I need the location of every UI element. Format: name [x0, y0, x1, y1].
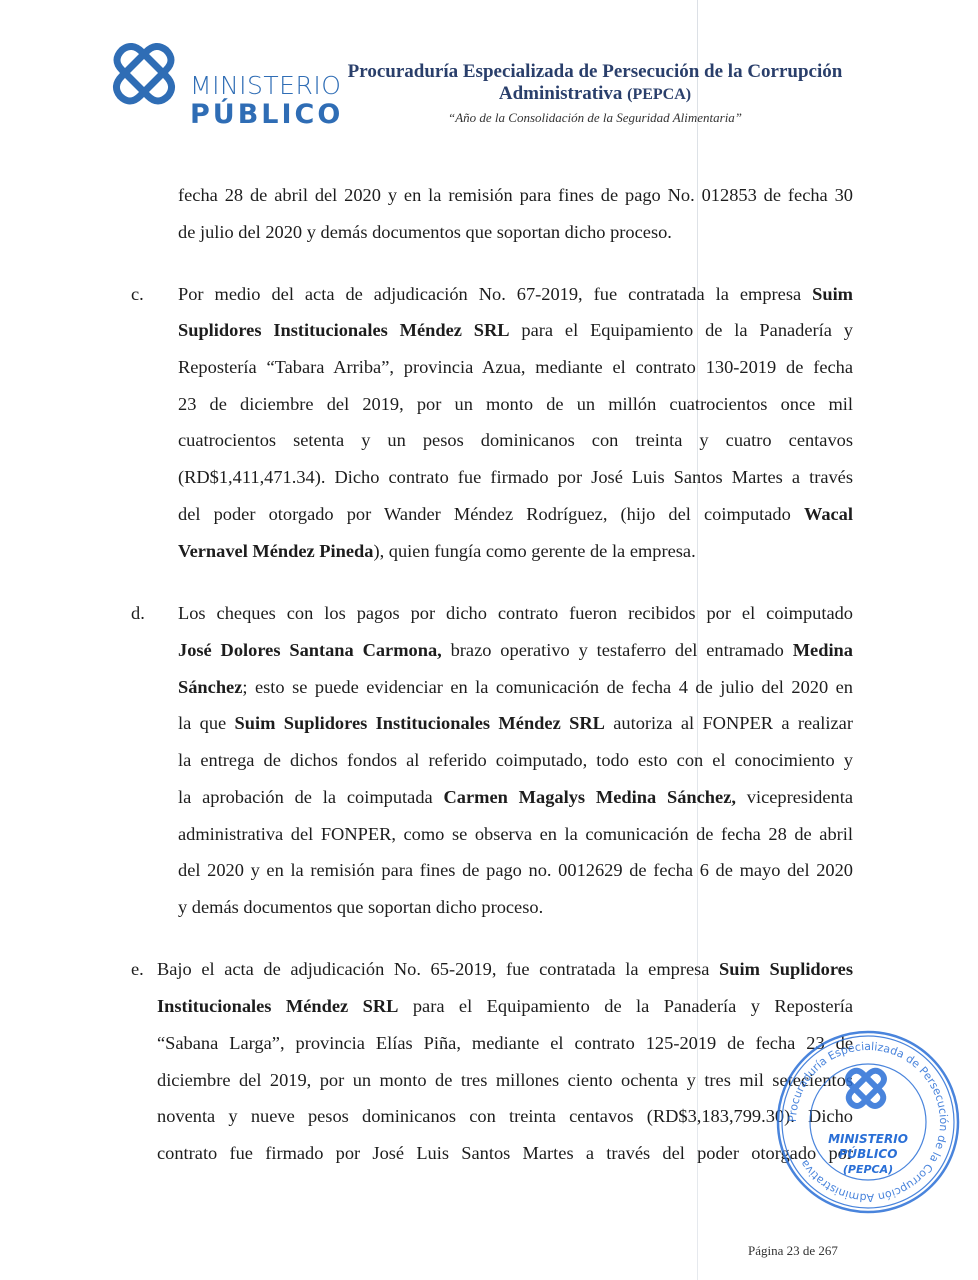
- text-run: la que: [178, 713, 235, 733]
- bold-run: Suim Suplidores Institucionales Méndez S…: [235, 713, 605, 733]
- text-run: vicepresidenta: [736, 787, 853, 807]
- text-line: Suplidores Institucionales Méndez SRL pa…: [178, 318, 853, 342]
- text-run: para el Equipamiento de la Panadería y R…: [398, 996, 853, 1016]
- bold-run: Vernavel Méndez Pineda: [178, 541, 373, 561]
- ministerio-publico-logo-icon: [108, 36, 180, 116]
- year-motto: “Año de la Consolidación de la Seguridad…: [330, 110, 860, 126]
- text-line: diciembre del 2019, por un monto de tres…: [157, 1068, 853, 1092]
- letterhead: MINISTERIO PÚBLICO Procuraduría Especial…: [0, 0, 978, 150]
- bold-run: Carmen Magalys Medina Sánchez,: [444, 787, 736, 807]
- logo-line-publico: PÚBLICO: [190, 100, 343, 130]
- text-line: Sánchez; esto se puede evidenciar en la …: [178, 675, 853, 699]
- text-line: José Dolores Santana Carmona, brazo oper…: [178, 638, 853, 662]
- text-line: Institucionales Méndez SRL para el Equip…: [157, 994, 853, 1018]
- bold-run: Suim: [812, 284, 853, 304]
- bold-run: Suplidores Institucionales Méndez SRL: [178, 320, 510, 340]
- text-line: del 2020 y en la remisión para fines de …: [178, 858, 853, 882]
- text-line: fecha 28 de abril del 2020 y en la remis…: [178, 183, 853, 207]
- logo-line-ministerio: MINISTERIO: [190, 72, 343, 100]
- text-line: Bajo el acta de adjudicación No. 65-2019…: [157, 957, 853, 981]
- text-line: cuatrocientos setenta y un pesos dominic…: [178, 428, 853, 452]
- svg-text:MINISTERIO: MINISTERIO: [828, 1132, 908, 1146]
- text-line: noventa y nueve pesos dominicanos con tr…: [157, 1104, 853, 1128]
- text-line: administrativa del FONPER, como se obser…: [178, 822, 853, 846]
- text-line: contrato fue firmado por José Luis Santo…: [157, 1141, 853, 1165]
- bold-run: José Dolores Santana Carmona,: [178, 640, 442, 660]
- text-run: la aprobación de la coimputada: [178, 787, 444, 807]
- text-line: (RD$1,411,471.34). Dicho contrato fue fi…: [178, 465, 853, 489]
- text-line: la entrega de dichos fondos al referido …: [178, 748, 853, 772]
- agency-subtitle: Administrativa (PEPCA): [330, 83, 860, 106]
- bold-run: Wacal: [804, 504, 853, 524]
- logo-wordmark: MINISTERIO PÚBLICO: [190, 72, 343, 130]
- official-stamp-icon: Procuraduría Especializada de Persecució…: [773, 1027, 963, 1217]
- svg-text:(PEPCA): (PEPCA): [843, 1163, 893, 1176]
- text-run: brazo operativo y testaferro del entrama…: [442, 640, 793, 660]
- bold-run: Sánchez: [178, 677, 242, 697]
- svg-text:PÚBLICO: PÚBLICO: [839, 1146, 898, 1161]
- text-line: del poder otorgado por Wander Méndez Rod…: [178, 502, 853, 526]
- item-marker-e: e.: [131, 957, 144, 981]
- text-run: ), quien fungía como gerente de la empre…: [373, 541, 695, 561]
- text-line: Repostería “Tabara Arriba”, provincia Az…: [178, 355, 853, 379]
- bold-run: Suim Suplidores: [719, 959, 853, 979]
- text-run: Bajo el acta de adjudicación No. 65-2019…: [157, 959, 719, 979]
- text-run: para el Equipamiento de la Panadería y: [510, 320, 853, 340]
- agency-block: Procuraduría Especializada de Persecució…: [330, 60, 860, 126]
- item-marker-c: c.: [131, 282, 144, 306]
- text-line: 23 de diciembre del 2019, por un monto d…: [178, 392, 853, 416]
- text-line: Los cheques con los pagos por dicho cont…: [178, 601, 853, 625]
- text-run: Por medio del acta de adjudicación No. 6…: [178, 284, 812, 304]
- text-line: “Sabana Larga”, provincia Elías Piña, me…: [157, 1031, 853, 1055]
- text-line: la aprobación de la coimputada Carmen Ma…: [178, 785, 853, 809]
- text-line: Por medio del acta de adjudicación No. 6…: [178, 282, 853, 306]
- text-line: Vernavel Méndez Pineda), quien fungía co…: [178, 539, 696, 563]
- agency-acronym: (PEPCA): [627, 86, 691, 103]
- bold-run: Medina: [793, 640, 853, 660]
- agency-subtitle-text: Administrativa: [499, 83, 623, 104]
- bold-run: Institucionales Méndez SRL: [157, 996, 398, 1016]
- agency-title: Procuraduría Especializada de Persecució…: [330, 60, 860, 83]
- text-run: del poder otorgado por Wander Méndez Rod…: [178, 504, 804, 524]
- text-run: autoriza al FONPER a realizar: [605, 713, 853, 733]
- item-marker-d: d.: [131, 601, 145, 625]
- text-line: la que Suim Suplidores Institucionales M…: [178, 711, 853, 735]
- text-line: y demás documentos que soportan dicho pr…: [178, 895, 543, 919]
- text-line: de julio del 2020 y demás documentos que…: [178, 220, 672, 244]
- text-run: ; esto se puede evidenciar en la comunic…: [242, 677, 853, 697]
- page-number: Página 23 de 267: [748, 1243, 838, 1259]
